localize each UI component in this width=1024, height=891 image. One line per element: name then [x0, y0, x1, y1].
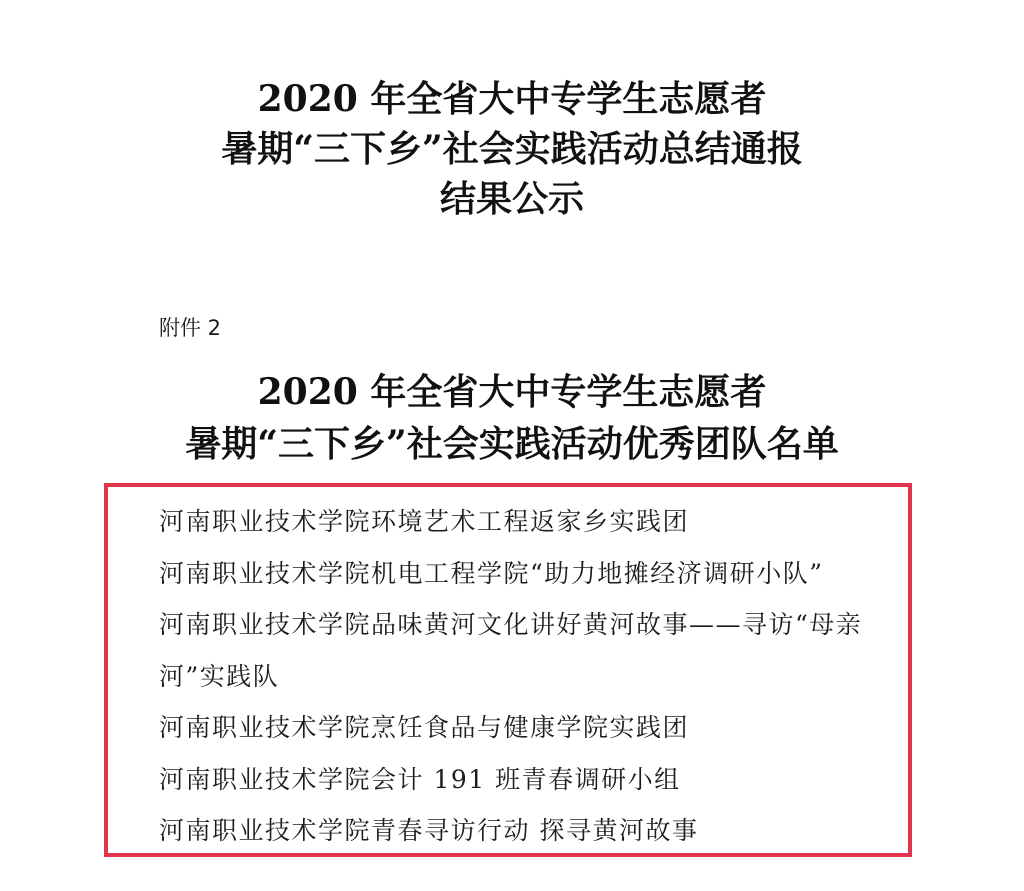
- document-title-line-1: 2020 年全省大中专学生志愿者: [0, 74, 1024, 124]
- document-title-line-2: 暑期“三下乡”社会实践活动总结通报: [0, 124, 1024, 174]
- list-heading-line-2: 暑期“三下乡”社会实践活动优秀团队名单: [0, 418, 1024, 470]
- team-list-item: 河南职业技术学院会计 191 班青春调研小组: [159, 754, 879, 806]
- list-heading: 2020 年全省大中专学生志愿者 暑期“三下乡”社会实践活动优秀团队名单: [0, 366, 1024, 470]
- team-list-item: 河南职业技术学院青春寻访行动 探寻黄河故事: [159, 805, 879, 857]
- list-heading-line-1: 2020 年全省大中专学生志愿者: [0, 366, 1024, 418]
- attachment-label: 附件 2: [159, 314, 221, 342]
- document-title: 2020 年全省大中专学生志愿者 暑期“三下乡”社会实践活动总结通报 结果公示: [0, 74, 1024, 224]
- document-title-line-3: 结果公示: [0, 174, 1024, 224]
- team-list-item: 河南职业技术学院烹饪食品与健康学院实践团: [159, 702, 879, 754]
- team-list-item: 河南职业技术学院品味黄河文化讲好黄河故事——寻访“母亲河”实践队: [159, 599, 879, 702]
- team-list: 河南职业技术学院环境艺术工程返家乡实践团 河南职业技术学院机电工程学院“助力地摊…: [159, 496, 879, 857]
- team-list-item: 河南职业技术学院环境艺术工程返家乡实践团: [159, 496, 879, 548]
- team-list-item: 河南职业技术学院机电工程学院“助力地摊经济调研小队”: [159, 548, 879, 600]
